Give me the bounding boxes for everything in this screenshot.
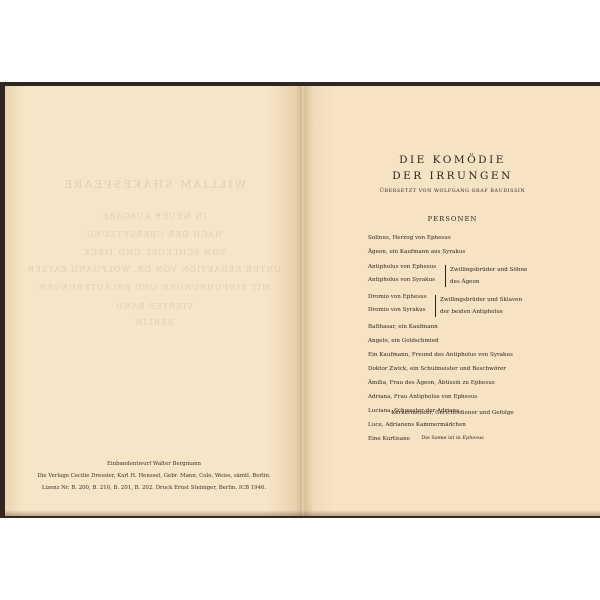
left-page: WILLIAM SHAKESPEARE IN NEUER AUSGABE NAC…: [5, 86, 303, 516]
cast-entry: Antipholus von Syrakus: [368, 277, 435, 283]
cast-pair-antipholus: Antipholus von Ephesus Antipholus von Sy…: [368, 264, 598, 292]
show-through-text: NACH DER ÜBERSETZUNG: [5, 230, 303, 239]
title-line-1: DIE KOMÖDIE: [305, 154, 600, 166]
title-line-2: DER IRRUNGEN: [305, 170, 600, 182]
bracket-divider: [435, 295, 437, 317]
cast-entry: Ämilia, Frau des Ägeon, Äbtissin zu Ephe…: [368, 380, 495, 386]
scene-prefix: Die Szene ist in: [421, 435, 461, 441]
cast-pair-dromio: Dromio von Ephesus Dromio von Syrakus Zw…: [368, 294, 598, 322]
show-through-text: MIT EINFÜHRUNGEN UND ERLÄUTERUNGEN: [5, 283, 303, 292]
cast-entry: Antipholus von Ephesus: [368, 264, 436, 270]
cast-entry: Dromio von Ephesus: [368, 294, 427, 300]
bracket-divider: [445, 265, 447, 287]
cast-entry: Ägeon, ein Kaufmann aus Syrakus: [368, 249, 465, 255]
cast-pair-description: Zwillingsbrüder und Sklaven: [440, 297, 522, 303]
cast-entry: Luce, Adrianens Kammermädchen: [368, 422, 466, 428]
show-through-text: IN NEUER AUSGABE: [5, 212, 303, 221]
imprint-license: Lizenz Nr. B. 200, B. 210, B. 201, B. 20…: [5, 482, 303, 494]
right-page: DIE KOMÖDIE DER IRRUNGEN Übersetzt von W…: [305, 86, 600, 516]
personen-heading: PERSONEN: [305, 215, 600, 223]
imprint-publishers: Die Verlage Cecilie Dressler, Karl H. He…: [5, 470, 303, 482]
cast-entry: Adriana, Frau Antipholus von Ephesus: [368, 394, 477, 400]
open-book: WILLIAM SHAKESPEARE IN NEUER AUSGABE NAC…: [0, 82, 600, 518]
show-through-text: VON SCHLEGEL UND TIECK: [5, 248, 303, 257]
show-through-text: UNTER REDAKTION VON DR. WOLFGANG KAYSER: [5, 265, 303, 274]
cast-pair-description: der beiden Antipholus: [440, 309, 503, 315]
cast-entry: Balthasar, ein Kaufmann: [368, 324, 438, 330]
cast-pair-description: Zwillingsbrüder und Söhne: [450, 267, 527, 273]
cast-entry: Angelo, ein Goldschmied: [368, 338, 439, 344]
cast-entry: Ein Kaufmann, Freund des Antipholus von …: [368, 352, 513, 358]
show-through-text: VIERTER BAND: [5, 302, 303, 311]
cast-entry: Doktor Zwick, ein Schulmeister und Besch…: [368, 366, 506, 372]
extras-line: Kerkermeister, Gerichtsdiener und Gefolg…: [305, 410, 600, 416]
scene-line: Die Szene ist in Ephesus: [305, 435, 600, 441]
cast-pair-description: des Ägeon: [450, 279, 479, 285]
scene-place: Ephesus: [462, 435, 483, 441]
show-through-text: BERLIN: [5, 318, 303, 327]
imprint: Einbandentwurf Walter Bergmann Die Verla…: [5, 458, 303, 494]
show-through-text: WILLIAM SHAKESPEARE: [5, 178, 303, 191]
page-bottom-shadow: [0, 510, 600, 518]
cast-entry: Solinus, Herzog von Ephesus: [368, 235, 451, 241]
imprint-cover-design: Einbandentwurf Walter Bergmann: [5, 458, 303, 470]
translator-credit: Übersetzt von Wolfgang Graf Baudissin: [305, 189, 600, 194]
cast-entry: Dromio von Syrakus: [368, 307, 426, 313]
